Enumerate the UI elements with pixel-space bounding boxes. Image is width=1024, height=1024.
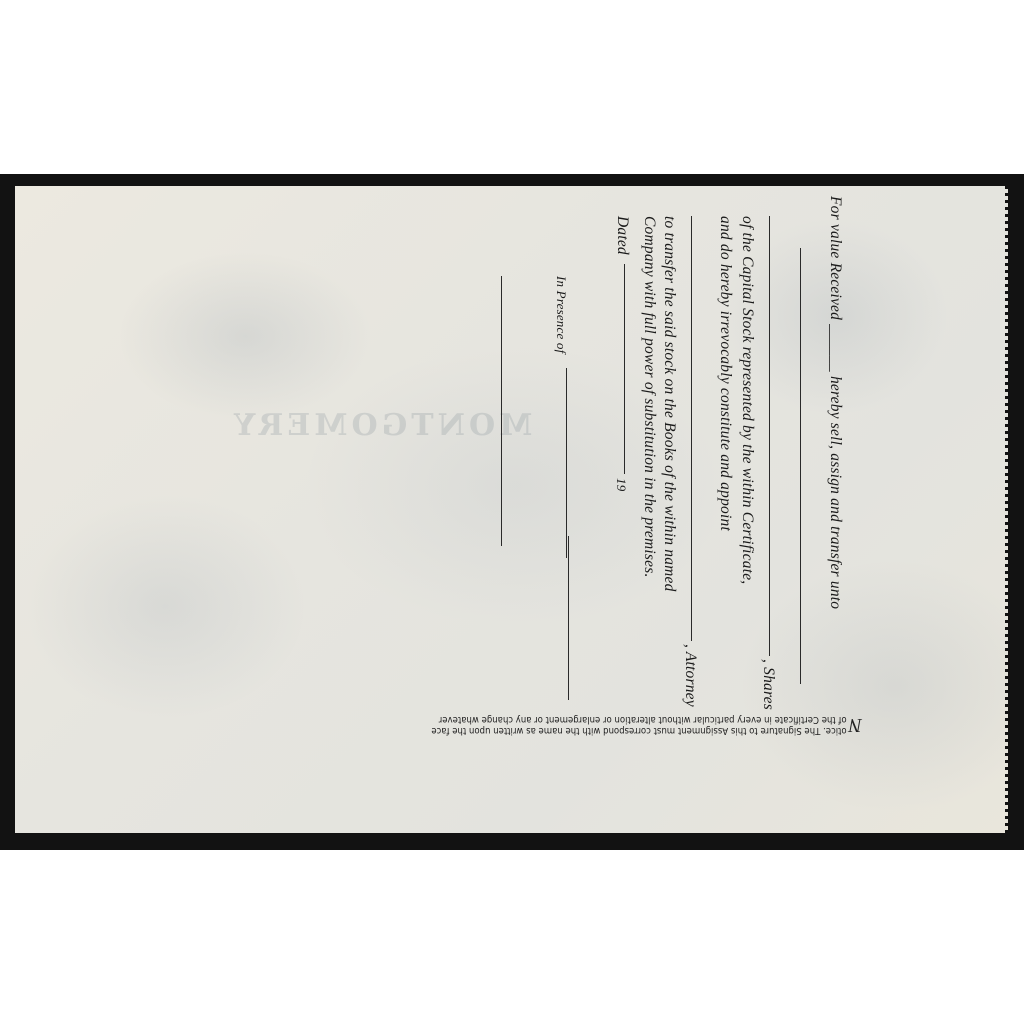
attorney-blank-line[interactable] (691, 216, 692, 641)
shares-label: , Shares (759, 659, 777, 710)
assignment-line-for-value-received: For value Received ______ hereby sell, a… (826, 196, 844, 609)
assignor-signature-line[interactable] (568, 536, 569, 700)
certificate-paper: MONTGOMERY For value Received ______ her… (15, 186, 1008, 833)
witness-signature-line[interactable] (566, 368, 567, 558)
notice-text: N otice. The Signature to this Assignmen… (412, 714, 862, 736)
assignment-line-transfer-stock: to transfer the said stock on the Books … (660, 216, 678, 592)
date-blank-line[interactable] (624, 264, 625, 474)
assignment-line-irrevocably-appoint: and do hereby irrevocably constitute and… (716, 216, 734, 531)
notice-line-1: otice. The Signature to this Assignment … (412, 725, 862, 736)
year-prefix: 19 (613, 478, 629, 491)
attorney-label: , Attorney (681, 644, 699, 707)
assignment-line-capital-stock: of the Capital Stock represented by the … (738, 216, 756, 584)
notice-initial: N (849, 714, 862, 736)
notice-line-2: of the Certificate in every particular w… (412, 714, 862, 725)
in-presence-of-label: In Presence of (553, 276, 569, 353)
dated-label: Dated (613, 216, 631, 255)
assignment-line-power-of-substitution: Company with full power of substitution … (640, 216, 658, 578)
transferee-blank-line[interactable] (800, 248, 801, 684)
bleed-through-text: MONTGOMERY (230, 408, 532, 443)
witness-signature-line-2[interactable] (501, 276, 502, 546)
shares-blank-line[interactable] (769, 216, 770, 656)
